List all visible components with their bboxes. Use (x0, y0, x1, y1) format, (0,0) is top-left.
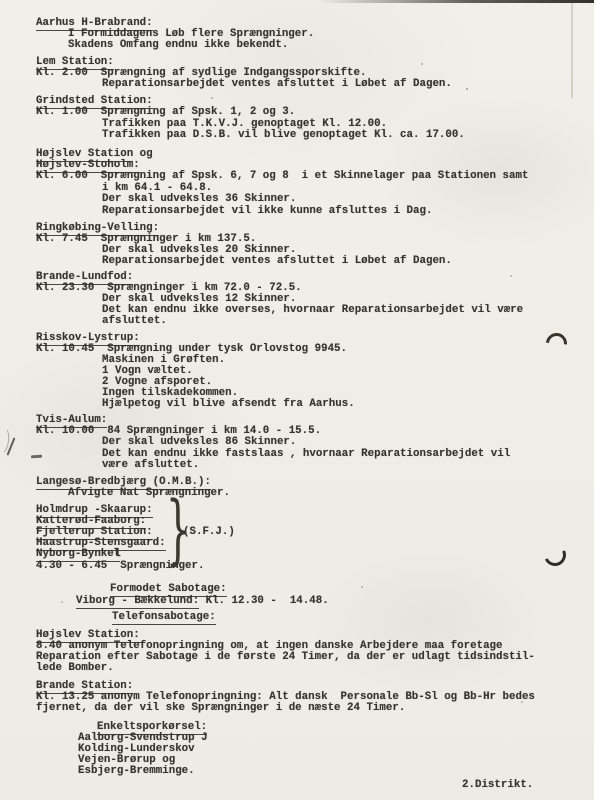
doc-line: Afvigte Nat Sprængninger. (68, 488, 230, 499)
text-run: Reparationsarbejdet ventes afsluttet i L… (102, 78, 452, 90)
scan-streak (571, 3, 573, 98)
text-run: Kl. 1.00 Sprængning af Spsk. 1, 2 og 3. (36, 106, 295, 118)
scan-edge-shadow (318, 0, 594, 3)
punch-mark-upper (542, 329, 572, 359)
text-run: 2.Distrikt. (462, 779, 533, 791)
text-run: Skadens Omfang endnu ikke bekendt. (68, 39, 288, 51)
text-run: Afvigte Nat Sprængninger. (68, 487, 230, 499)
doc-line: Hjælpetog vil blive afsendt fra Aarhus. (102, 399, 355, 410)
dust-specks (0, 0, 2, 2)
doc-line: Der skal udveksles 36 Skinner. (102, 194, 296, 205)
doc-line: Skadens Omfang endnu ikke bekendt. (68, 40, 288, 51)
doc-line: Kl. 1.00 Sprængning af Spsk. 1, 2 og 3. (36, 107, 295, 118)
text-run: lede Bomber. (36, 662, 114, 674)
doc-line: Esbjerg-Bremminge. (78, 766, 195, 777)
text-run: Viborg - Bækkelund: (76, 595, 199, 609)
text-run: Reparationsarbejdet vil ikke kunne afslu… (102, 205, 432, 217)
text-run: være afsluttet. (102, 459, 199, 471)
text-run: (S.F.J.) (183, 526, 235, 538)
pen-dash-mark (31, 455, 42, 458)
doc-line: Reparationsarbejdet ventes afsluttet i L… (102, 79, 452, 90)
doc-line: være afsluttet. (102, 460, 199, 471)
section-heading: Telefonsabotage: (112, 612, 216, 623)
doc-line: Kl. 6.00 Sprængning af Spsk. 6, 7 og 8 i… (36, 171, 528, 182)
railway-company-label: (S.F.J.) (183, 527, 235, 538)
doc-line: Trafikken paa D.S.B. vil blive genoptage… (102, 130, 465, 141)
text-run: Reparationsarbejdet ventes afsluttet i L… (102, 255, 452, 267)
section-heading: Nyborg-Bynkel (36, 549, 120, 560)
text-run: Der skal udveksles 36 Skinner. (102, 193, 296, 205)
doc-line: Reparationsarbejdet vil ikke kunne afslu… (102, 206, 432, 217)
text-run: fjernet, da der vil ske Sprængninger i d… (36, 702, 405, 714)
text-run: Der skal udveksles 86 Skinner. (102, 436, 296, 448)
text-run: Kl. 12.30 - 14.48. (199, 595, 329, 607)
text-run: Hjælpetog vil blive afsendt fra Aarhus. (102, 398, 355, 410)
text-run: 4.30 - 6.45 Sprængninger. (36, 560, 204, 572)
punch-mark-lower (541, 541, 569, 569)
doc-line: afsluttet. (102, 316, 167, 327)
doc-line: 4.30 - 6.45 Sprængninger. (36, 561, 204, 572)
text-run: Kl. 6.00 Sprængning af Spsk. 6, 7 og 8 i… (36, 170, 528, 182)
text-run: Trafikken paa D.S.B. vil blive genoptage… (102, 129, 465, 141)
doc-line: Der skal udveksles 86 Skinner. (102, 437, 296, 448)
document-page: } Aarhus H-Brabrand:I Formiddagens Løb f… (0, 0, 594, 800)
section-heading: Formodet Sabotage: (110, 584, 227, 595)
text-run: Telefonsabotage: (112, 611, 216, 625)
district-signature: 2.Distrikt. (462, 780, 533, 791)
text-run: Esbjerg-Bremminge. (78, 765, 195, 777)
doc-line: fjernet, da der vil ske Sprængninger i d… (36, 703, 405, 714)
doc-line: Viborg - Bækkelund: Kl. 12.30 - 14.48. (76, 596, 329, 607)
doc-line: lede Bomber. (36, 663, 114, 674)
doc-line: Reparationsarbejdet ventes afsluttet i L… (102, 256, 452, 267)
text-run: afsluttet. (102, 315, 167, 327)
